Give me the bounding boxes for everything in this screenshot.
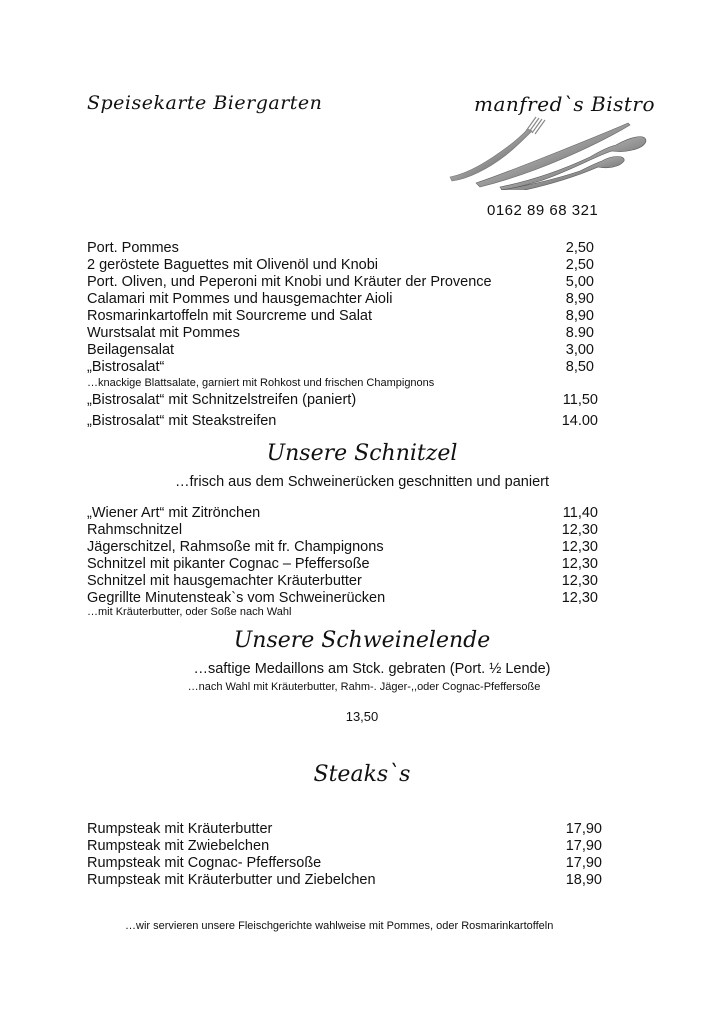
menu-item-name: Jägerschitzel, Rahmsoße mit fr. Champign… bbox=[87, 539, 384, 556]
menu-item-price: 8,50 bbox=[524, 359, 594, 376]
menu-item-name: „Wiener Art“ mit Zitrönchen bbox=[87, 505, 260, 522]
menu-item-name: 2 geröstete Baguettes mit Olivenöl und K… bbox=[87, 257, 378, 274]
menu-item-price: 17,90 bbox=[532, 821, 602, 838]
section-note: …nach Wahl mit Kräuterbutter, Rahm-. Jäg… bbox=[2, 681, 724, 693]
menu-item-name: Gegrillte Minutensteak`s vom Schweinerüc… bbox=[87, 590, 385, 607]
section-title: Unsere Schnitzel bbox=[0, 441, 724, 466]
menu-item-name: Rahmschnitzel bbox=[87, 522, 182, 539]
menu-item-price: 12,30 bbox=[528, 573, 598, 590]
menu-item-price: 17,90 bbox=[532, 855, 602, 872]
menu-item-price: 11,50 bbox=[528, 392, 598, 409]
menu-item-price: 17,90 bbox=[532, 838, 602, 855]
menu-item-price: 18,90 bbox=[532, 872, 602, 889]
menu-item-name: Beilagensalat bbox=[87, 342, 174, 359]
menu-item-name: Port. Oliven, und Peperoni mit Knobi und… bbox=[87, 274, 492, 291]
section-title: Steaks`s bbox=[0, 762, 724, 787]
menu-item-price: 11,40 bbox=[528, 505, 598, 522]
menu-item-name: Rumpsteak mit Kräuterbutter und Ziebelch… bbox=[87, 872, 376, 889]
menu-item-name: Rumpsteak mit Cognac- Pfeffersoße bbox=[87, 855, 321, 872]
menu-item-name: „Bistrosalat“ mit Schnitzelstreifen (pan… bbox=[87, 392, 356, 409]
menu-item-name: Calamari mit Pommes und hausgemachter Ai… bbox=[87, 291, 392, 308]
menu-item-name: „Bistrosalat“ mit Steakstreifen bbox=[87, 413, 276, 430]
menu-item-name: Schnitzel mit pikanter Cognac – Pfeffers… bbox=[87, 556, 370, 573]
menu-item-name: Wurstsalat mit Pommes bbox=[87, 325, 240, 342]
footer-note: …wir servieren unsere Fleischgerichte wa… bbox=[125, 920, 553, 933]
menu-item-name: Rumpsteak mit Kräuterbutter bbox=[87, 821, 272, 838]
menu-item-price: 12,30 bbox=[528, 590, 598, 607]
menu-item-name: Schnitzel mit hausgemachter Kräuterbutte… bbox=[87, 573, 362, 590]
menu-item-price: 12,30 bbox=[528, 539, 598, 556]
menu-item-price: 5,00 bbox=[524, 274, 594, 291]
section-subtitle: …saftige Medaillons am Stck. gebraten (P… bbox=[10, 661, 724, 677]
menu-item-price: 3,00 bbox=[524, 342, 594, 359]
menu-item-price: 8.90 bbox=[524, 325, 594, 342]
menu-item-name: Rumpsteak mit Zwiebelchen bbox=[87, 838, 269, 855]
item-note: …mit Kräuterbutter, oder Soße nach Wahl bbox=[87, 606, 291, 619]
menu-item-name: Port. Pommes bbox=[87, 240, 179, 257]
menu-item-price: 12,30 bbox=[528, 522, 598, 539]
document-title: Speisekarte Biergarten bbox=[87, 92, 322, 114]
menu-item-price: 14.00 bbox=[528, 413, 598, 430]
item-note: …knackige Blattsalate, garniert mit Rohk… bbox=[87, 377, 434, 390]
brand-name: manfred`s Bistro bbox=[474, 92, 655, 116]
menu-item-price: 2,50 bbox=[524, 257, 594, 274]
section-price: 13,50 bbox=[0, 709, 724, 724]
phone-number: 0162 89 68 321 bbox=[487, 202, 598, 219]
cutlery-icon bbox=[440, 115, 650, 190]
menu-item-price: 8,90 bbox=[524, 291, 594, 308]
section-subtitle: …frisch aus dem Schweinerücken geschnitt… bbox=[0, 474, 724, 490]
menu-item-price: 8,90 bbox=[524, 308, 594, 325]
menu-item-price: 2,50 bbox=[524, 240, 594, 257]
menu-item-name: „Bistrosalat“ bbox=[87, 359, 164, 376]
menu-item-name: Rosmarinkartoffeln mit Sourcreme und Sal… bbox=[87, 308, 372, 325]
menu-item-price: 12,30 bbox=[528, 556, 598, 573]
section-title: Unsere Schweinelende bbox=[0, 628, 724, 653]
